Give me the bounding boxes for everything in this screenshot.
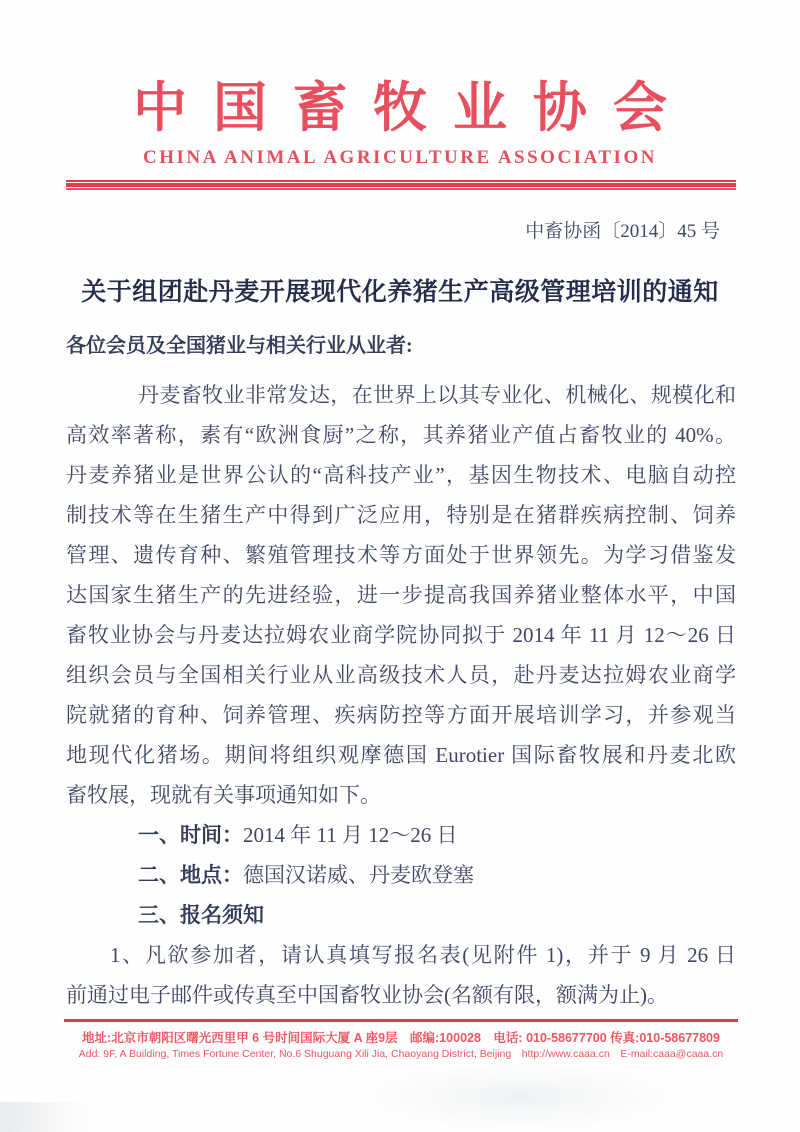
item-place-value: 德国汉诺威、丹麦欧登塞 [243,863,474,887]
notice-title: 关于组团赴丹麦开展现代化养猪生产高级管理培训的通知 [0,276,800,310]
divider-line-thick [66,183,736,187]
body-line: 高效率著称，素有“欧洲食厨”之称，其养猪业产值占畜牧业的 40%。 [66,415,736,455]
body-line: 畜牧业协会与丹麦达拉姆农业商学院协同拟于 2014 年 11 月 12～26 日 [66,615,736,655]
item-time: 一、时间：2014 年 11 月 12～26 日 [66,815,736,855]
item-place-label: 二、地点： [138,863,243,887]
body-line: 丹麦畜牧业非常发达，在世界上以其专业化、机械化、规模化和 [66,375,736,415]
item-registration-label: 三、报名须知 [138,903,264,927]
body-line: 达国家生猪生产的先进经验，进一步提高我国养猪业整体水平，中国 [66,575,736,615]
scan-artifact [360,1062,680,1132]
scan-artifact [0,1102,90,1132]
org-name-cn: 中国畜牧业协会 [0,78,800,138]
item-time-label: 一、时间： [138,823,243,847]
item-registration: 三、报名须知 [66,895,736,935]
salutation: 各位会员及全国猪业与相关行业从业者: [66,332,736,360]
body-line: 制技术等在生猪生产中得到广泛应用，特别是在猪群疾病控制、饲养 [66,495,736,535]
letterhead-divider [66,180,736,190]
body-line: 院就猪的育种、饲养管理、疾病防控等方面开展培训学习，并参观当 [66,695,736,735]
body-line: 丹麦养猪业是世界公认的“高科技产业”，基因生物技术、电脑自动控 [66,455,736,495]
page-footer: 地址:北京市朝阳区曙光西里甲 6 号时间国际大厦 A 座9层 邮编:100028… [64,1019,738,1061]
body-line: 管理、遗传育种、繁殖管理技术等方面处于世界领先。为学习借鉴发 [66,535,736,575]
scanned-notice-page: 中国畜牧业协会 CHINA ANIMAL AGRICULTURE ASSOCIA… [0,0,800,1132]
footer-divider [64,1019,738,1022]
org-name-en: CHINA ANIMAL AGRICULTURE ASSOCIATION [0,147,800,169]
body-line: 畜牧展，现就有关事项通知如下。 [66,775,736,815]
divider-line-thin-top [66,180,736,182]
letterhead: 中国畜牧业协会 CHINA ANIMAL AGRICULTURE ASSOCIA… [0,0,800,190]
body-line: 1、凡欲参加者，请认真填写报名表(见附件 1)，并于 9 月 26 日 [66,935,736,975]
notice-body: 丹麦畜牧业非常发达，在世界上以其专业化、机械化、规模化和 高效率著称，素有“欧洲… [66,375,736,1015]
body-line: 地现代化猪场。期间将组织观摩德国 Eurotier 国际畜牧展和丹麦北欧 [66,735,736,775]
doc-number: 中畜协函〔2014〕45 号 [0,220,800,244]
footer-address-en: Add: 9F, A Building, Times Fortune Cente… [64,1048,738,1061]
body-line: 组织会员与全国相关行业从业高级技术人员，赴丹麦达拉姆农业商学 [66,655,736,695]
body-line: 前通过电子邮件或传真至中国畜牧业协会(名额有限，额满为止)。 [66,975,736,1015]
divider-line-thin-bottom [66,188,736,190]
footer-address-cn: 地址:北京市朝阳区曙光西里甲 6 号时间国际大厦 A 座9层 邮编:100028… [64,1031,738,1046]
item-time-value: 2014 年 11 月 12～26 日 [243,823,457,847]
item-place: 二、地点：德国汉诺威、丹麦欧登塞 [66,855,736,895]
